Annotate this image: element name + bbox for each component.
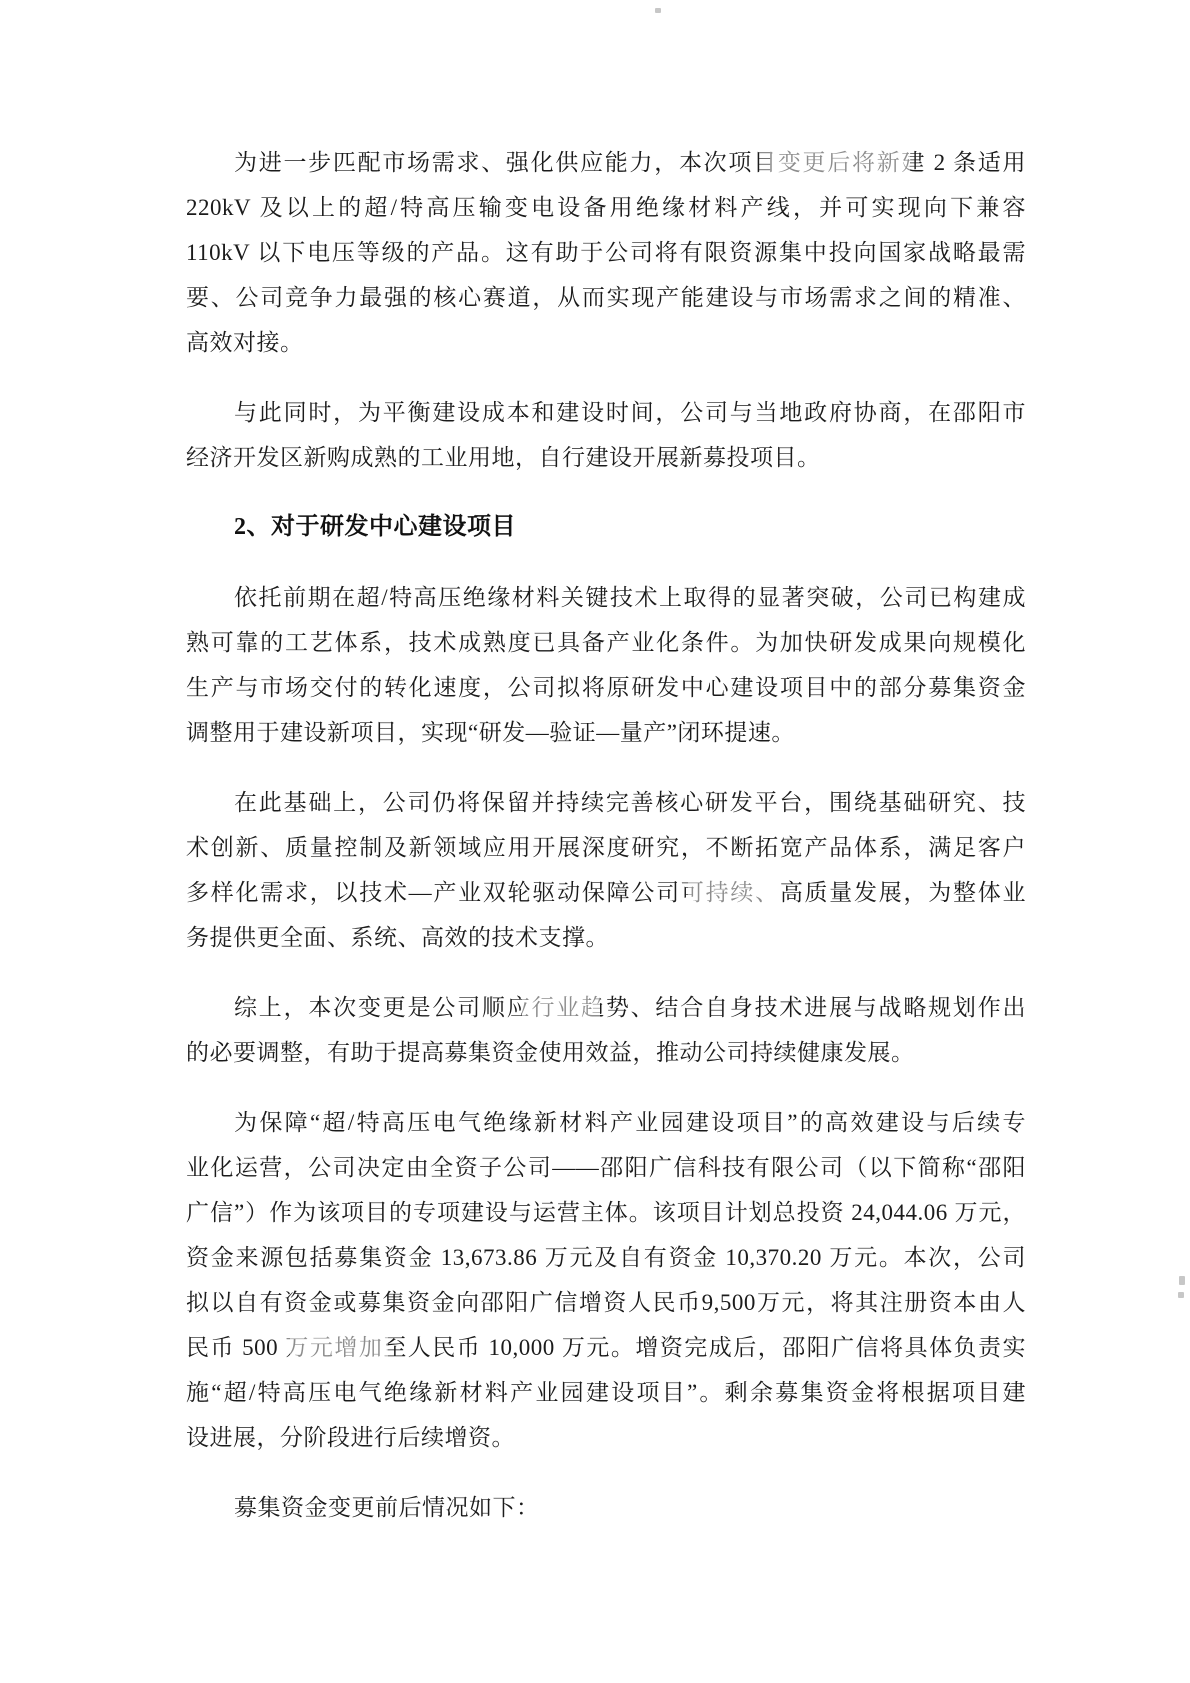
text-line: 募集资金变更前后情况如下： <box>186 1485 1026 1530</box>
scan-speck-artifact <box>655 8 661 13</box>
paragraph: 与此同时，为平衡建设成本和建设时间，公司与当地政府协商，在邵阳市 经济开发区新购… <box>186 390 1026 480</box>
text-line: 在此基础上，公司仍将保留并持续完善核心研发平台，围绕基础研究、技 <box>186 780 1026 825</box>
text-line: 依托前期在超/特高压绝缘材料关键技术上取得的显著突破，公司已构建成 <box>186 575 1026 620</box>
text-line: 生产与市场交付的转化速度，公司拟将原研发中心建设项目中的部分募集资金 <box>186 665 1026 710</box>
paragraph: 综上，本次变更是公司顺应行业趋势、结合自身技术进展与战略规划作出 的必要调整，有… <box>186 985 1026 1075</box>
text-line: 的必要调整，有助于提高募集资金使用效益，推动公司持续健康发展。 <box>186 1030 1026 1075</box>
text-line: 民币 500 万元增加至人民币 10,000 万元。增资完成后，邵阳广信将具体负… <box>186 1325 1026 1370</box>
text-line: 110kV 以下电压等级的产品。这有助于公司将有限资源集中投向国家战略最需 <box>186 230 1026 275</box>
section-heading-text: 2、对于研发中心建设项目 <box>186 505 1026 550</box>
text-line: 设进展，分阶段进行后续增资。 <box>186 1415 1026 1460</box>
text-line: 高效对接。 <box>186 320 1026 365</box>
text-line: 施“超/特高压电气绝缘新材料产业园建设项目”。剩余募集资金将根据项目建 <box>186 1370 1026 1415</box>
text-line: 熟可靠的工艺体系，技术成熟度已具备产业化条件。为加快研发成果向规模化 <box>186 620 1026 665</box>
text-line: 与此同时，为平衡建设成本和建设时间，公司与当地政府协商，在邵阳市 <box>186 390 1026 435</box>
paragraph: 在此基础上，公司仍将保留并持续完善核心研发平台，围绕基础研究、技 术创新、质量控… <box>186 780 1026 960</box>
text-line: 综上，本次变更是公司顺应行业趋势、结合自身技术进展与战略规划作出 <box>186 985 1026 1030</box>
scan-speck-artifact <box>1178 1292 1184 1298</box>
text-line: 广信”）作为该项目的专项建设与运营主体。该项目计划总投资 24,044.06 万… <box>186 1190 1026 1235</box>
paragraph: 募集资金变更前后情况如下： <box>186 1485 1026 1530</box>
text-line: 为进一步匹配市场需求、强化供应能力，本次项目变更后将新建 2 条适用 <box>186 140 1026 185</box>
text-line: 经济开发区新购成熟的工业用地，自行建设开展新募投项目。 <box>186 435 1026 480</box>
paragraph: 为进一步匹配市场需求、强化供应能力，本次项目变更后将新建 2 条适用 220kV… <box>186 140 1026 365</box>
text-line: 务提供更全面、系统、高效的技术支撑。 <box>186 915 1026 960</box>
text-line: 调整用于建设新项目，实现“研发—验证—量产”闭环提速。 <box>186 710 1026 755</box>
text-line: 术创新、质量控制及新领域应用开展深度研究，不断拓宽产品体系，满足客户 <box>186 825 1026 870</box>
paragraph: 依托前期在超/特高压绝缘材料关键技术上取得的显著突破，公司已构建成 熟可靠的工艺… <box>186 575 1026 755</box>
text-line: 为保障“超/特高压电气绝缘新材料产业园建设项目”的高效建设与后续专 <box>186 1100 1026 1145</box>
text-line: 多样化需求，以技术—产业双轮驱动保障公司可持续、高质量发展，为整体业 <box>186 870 1026 915</box>
scan-speck-artifact <box>1179 1276 1185 1285</box>
document-content: 为进一步匹配市场需求、强化供应能力，本次项目变更后将新建 2 条适用 220kV… <box>186 140 1026 1555</box>
text-line: 要、公司竞争力最强的核心赛道，从而实现产能建设与市场需求之间的精准、 <box>186 275 1026 320</box>
text-line: 资金来源包括募集资金 13,673.86 万元及自有资金 10,370.20 万… <box>186 1235 1026 1280</box>
section-heading: 2、对于研发中心建设项目 <box>186 505 1026 550</box>
document-page: 为进一步匹配市场需求、强化供应能力，本次项目变更后将新建 2 条适用 220kV… <box>0 0 1190 1683</box>
paragraph: 为保障“超/特高压电气绝缘新材料产业园建设项目”的高效建设与后续专 业化运营，公… <box>186 1100 1026 1460</box>
text-line: 220kV 及以上的超/特高压输变电设备用绝缘材料产线，并可实现向下兼容 <box>186 185 1026 230</box>
text-line: 业化运营，公司决定由全资子公司——邵阳广信科技有限公司（以下简称“邵阳 <box>186 1145 1026 1190</box>
text-line: 拟以自有资金或募集资金向邵阳广信增资人民币9,500万元，将其注册资本由人 <box>186 1280 1026 1325</box>
